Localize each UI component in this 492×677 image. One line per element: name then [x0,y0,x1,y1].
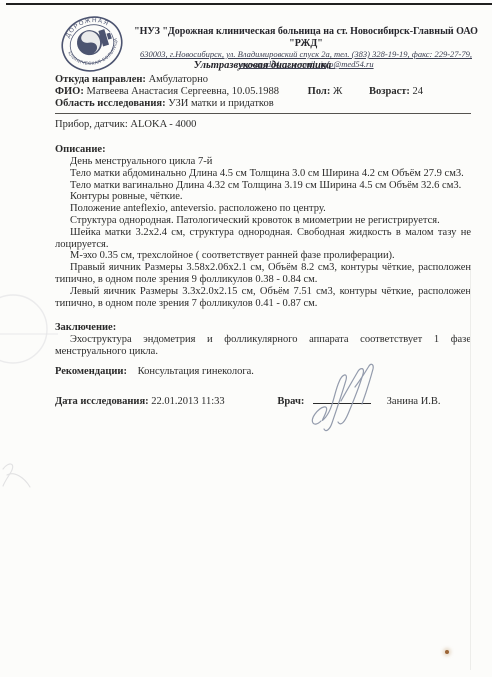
patient-name-value: Матвеева Анастасия Сергеевна, 10.05.1988 [86,86,279,97]
description-line: Правый яичник Размеры 3.58х2.06х2.1 см, … [55,262,471,286]
description-line: Положение anteflexio, anteversio. распол… [55,203,471,215]
footer-row: Дата исследования: 22.01.2013 11:33 Врач… [55,393,471,408]
doctor-label: Врач: [277,396,304,407]
description-line: День менструального цикла 7-й [55,156,471,168]
faint-pen-mark [0,284,58,374]
scan-top-edge-line [6,3,492,5]
doctor-name: Занина И.В. [387,396,441,407]
patient-name-label: ФИО: [55,86,84,97]
organization-name: "НУЗ "Дорожная клиническая больница на с… [126,26,486,49]
description-line: М-эхо 0.35 см, трехслойное ( соответству… [55,250,471,262]
age-label: Возраст: [369,86,410,97]
recommendations-label: Рекомендации: [55,366,127,377]
scan-speck [445,650,449,654]
referral-row: Откуда направлен: Амбулаторно [55,74,471,86]
description-line: Структура однородная. Патологический кро… [55,215,471,227]
device-value: ALOKA - 4000 [130,119,196,130]
description-line: Тело матки вагинально Длина 4.32 см Толщ… [55,180,471,192]
sex-label: Пол: [308,86,331,97]
age-value: 24 [413,86,424,97]
study-date-value: 22.01.2013 11:33 [151,396,224,407]
report-body: Откуда направлен: Амбулаторно ФИО: Матве… [55,74,471,407]
faint-scribble-mark [0,455,40,500]
conclusion-text: Эхоструктура эндометрия и фолликулярного… [55,334,471,358]
description-line: Контуры ровные, чёткие. [55,191,471,203]
doctor-signature [305,361,389,437]
study-date-label: Дата исследования: [55,396,149,407]
signature-line [313,393,371,404]
description-section: День менструального цикла 7-й Тело матки… [55,156,471,309]
study-area-label: Область исследования: [55,98,166,109]
recommendations-value: Консультация гинеколога. [138,366,254,377]
description-line: Шейка матки 3.2х2.4 см, структура одноро… [55,227,471,251]
referral-value: Амбулаторно [149,74,208,85]
conclusion-heading: Заключение: [55,322,471,334]
study-area-row: Область исследования: УЗИ матки и придат… [55,98,471,110]
patient-row: ФИО: Матвеева Анастасия Сергеевна, 10.05… [55,86,471,98]
recommendations-row: Рекомендации: Консультация гинеколога. [55,366,471,378]
device-row: Прибор, датчик: ALOKA - 4000 [55,119,471,131]
description-line: Левый яичник Размеры 3.3х2.0х2.15 см, Об… [55,286,471,310]
description-line: Тело матки абдоминально Длина 4.5 см Тол… [55,168,471,180]
description-heading: Описание: [55,144,471,156]
organization-address: 630003, г.Новосибирск, ул. Владимировски… [126,49,486,59]
device-label: Прибор, датчик: [55,119,128,130]
document-title: Ультразвуковая диагностика [55,60,470,71]
sex-value: Ж [333,86,342,97]
scan-edge-shadow [470,270,471,670]
study-area-value: УЗИ матки и придатков [168,98,274,109]
referral-label: Откуда направлен: [55,74,146,85]
scanned-ultrasound-report: ДОРОЖНАЯ КЛИНИЧЕСКАЯ БОЛЬНИЦА "НУЗ "Доро… [0,0,492,677]
separator-line [55,113,471,114]
